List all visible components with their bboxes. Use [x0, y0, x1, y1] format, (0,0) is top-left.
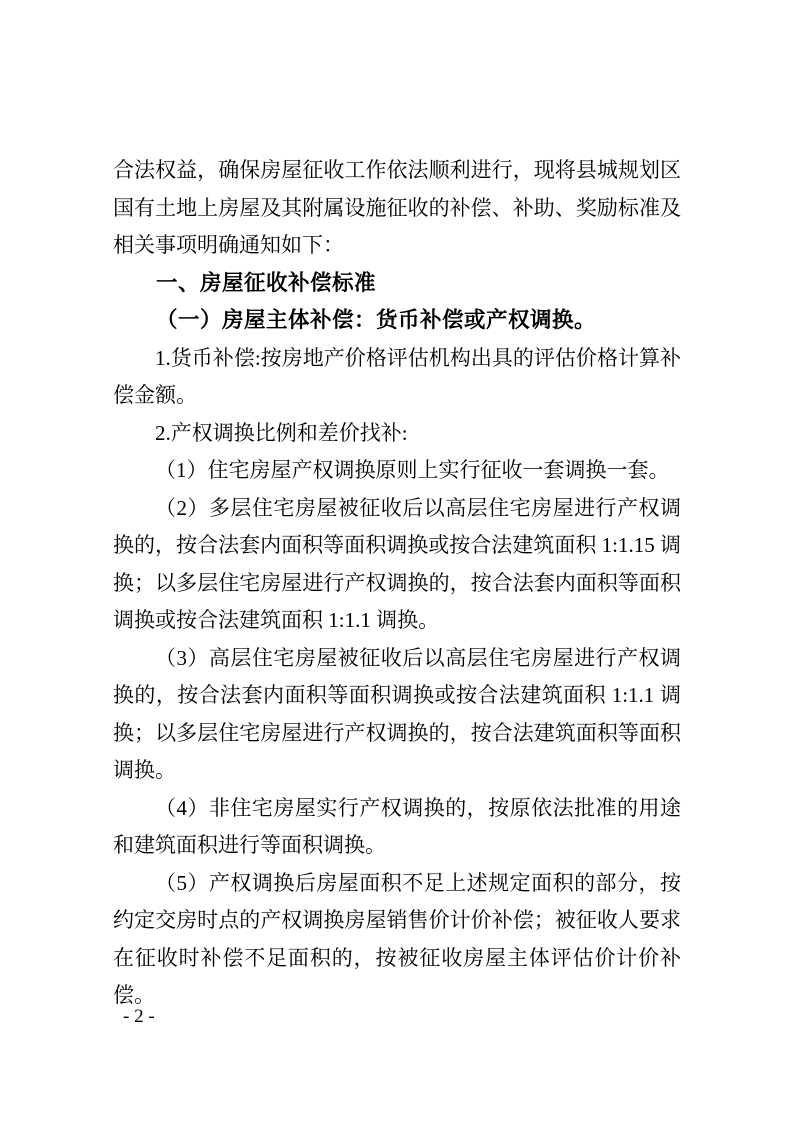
page-number: - 2 - [123, 1006, 155, 1028]
document-body: 合法权益，确保房屋征收工作依法顺利进行，现将县城规划区国有土地上房屋及其附属设施… [113, 152, 681, 1015]
heading-level-1: 一、房屋征收补偿标准 [113, 265, 681, 303]
paragraph: （2）多层住宅房屋被征收后以高层住宅房屋进行产权调换的，按合法套内面积等面积调换… [113, 490, 681, 640]
paragraph: （1）住宅房屋产权调换原则上实行征收一套调换一套。 [113, 452, 681, 490]
paragraph: 2.产权调换比例和差价找补: [113, 415, 681, 453]
heading-level-2: （一）房屋主体补偿：货币补偿或产权调换。 [113, 302, 681, 340]
paragraph: （5）产权调换后房屋面积不足上述规定面积的部分，按约定交房时点的产权调换房屋销售… [113, 865, 681, 1015]
paragraph: 1.货币补偿:按房地产价格评估机构出具的评估价格计算补偿金额。 [113, 340, 681, 415]
paragraph: （3）高层住宅房屋被征收后以高层住宅房屋进行产权调换的，按合法套内面积等面积调换… [113, 640, 681, 790]
paragraph: （4）非住宅房屋实行产权调换的，按原依法批准的用途和建筑面积进行等面积调换。 [113, 790, 681, 865]
paragraph: 合法权益，确保房屋征收工作依法顺利进行，现将县城规划区国有土地上房屋及其附属设施… [113, 152, 681, 265]
document-page: 合法权益，确保房屋征收工作依法顺利进行，现将县城规划区国有土地上房屋及其附属设施… [0, 0, 793, 1122]
